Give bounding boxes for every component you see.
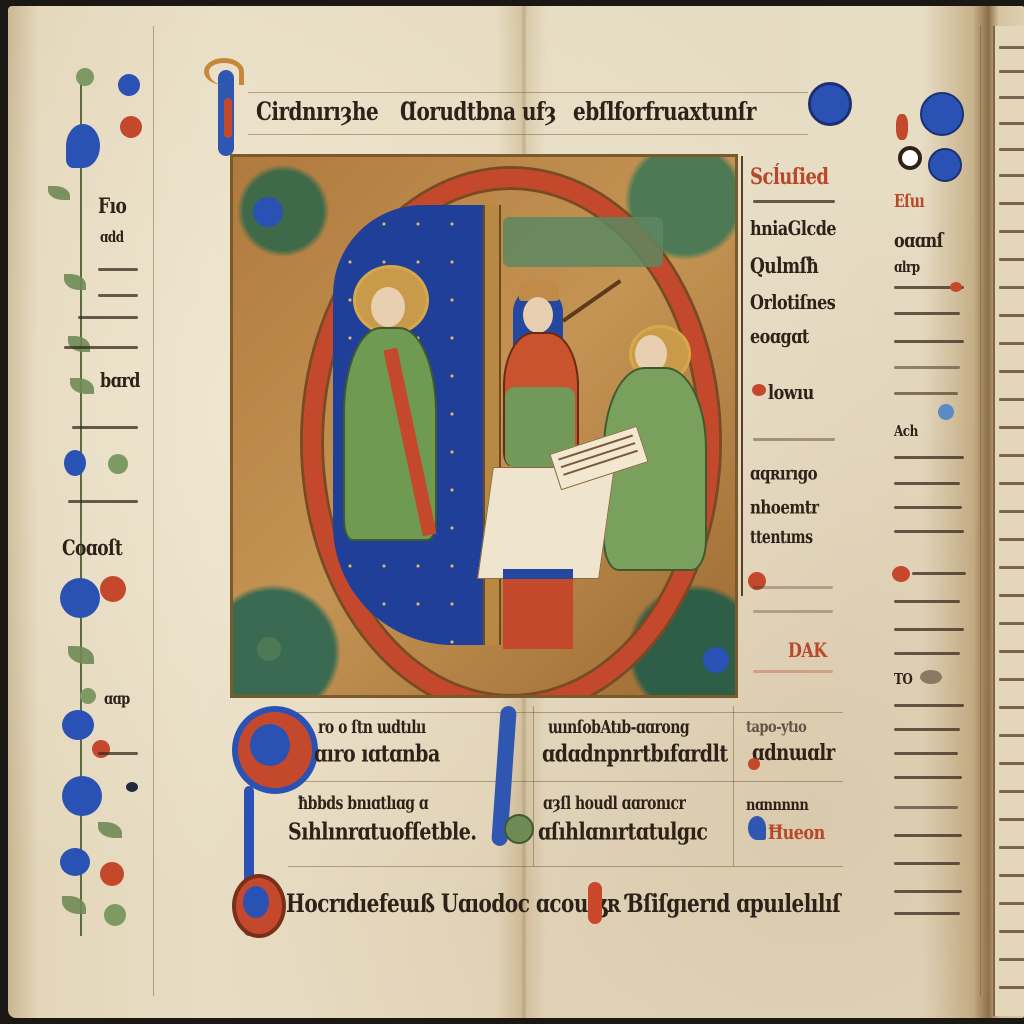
open-book: Cirdnırıȝhe Ɑorudtbna ufȝ ebſlforfruaxtu…	[8, 6, 1024, 1018]
ruled-stroke	[894, 340, 964, 343]
eye-ornament	[898, 146, 922, 170]
red-flourish	[896, 114, 908, 140]
red-bud	[92, 740, 110, 758]
ruled-stroke	[894, 530, 964, 533]
text-line	[999, 762, 1024, 765]
grey-roundel	[920, 670, 942, 684]
side-line: nhoemtr	[750, 496, 819, 519]
leaf	[62, 896, 86, 914]
blue-roundel	[928, 148, 962, 182]
text-line	[999, 594, 1024, 597]
red-dot-ornament	[748, 758, 760, 770]
ruled-stroke	[72, 426, 138, 429]
ruled-stroke	[894, 834, 962, 837]
red-initial-stroke	[588, 882, 602, 924]
blue-roundel	[920, 92, 964, 136]
body-text: ɯınſobAtıb-ɑɑrong	[548, 718, 689, 738]
face-teacher	[523, 297, 553, 333]
header-text-3: ebſlforfruaxtunſr	[573, 96, 756, 126]
margin-text: Fıo	[98, 194, 126, 219]
text-line	[999, 96, 1024, 99]
ruled-stroke	[98, 752, 138, 755]
text-line	[999, 286, 1024, 289]
ruled-stroke	[894, 600, 960, 603]
ruled-stroke	[894, 806, 958, 809]
text-line	[999, 706, 1024, 709]
final-line-text: Hocrıdıefeɯß Uɑıodoc ɑcouſʒʀ Ɓſiſgıerıd …	[286, 888, 840, 918]
ruled-stroke	[98, 294, 138, 297]
margin-text: oɑɑnſ	[894, 228, 943, 252]
body-text: ro o ſtn ɯdtılıı	[318, 718, 426, 738]
text-line	[999, 510, 1024, 513]
blue-bud	[118, 74, 140, 96]
blue-roundel-ornament	[808, 82, 852, 126]
margin-text: Eſuı	[894, 192, 924, 212]
side-column-rule	[741, 156, 743, 596]
red-bud	[100, 862, 124, 886]
text-line	[999, 930, 1024, 933]
text-line	[999, 538, 1024, 541]
ruled-stroke	[894, 704, 964, 707]
lectern-base	[503, 569, 573, 649]
blue-bud	[60, 578, 100, 618]
leaf	[48, 186, 70, 200]
ruling-line	[248, 92, 808, 93]
ruling-line	[288, 712, 843, 713]
blue-ornament	[703, 647, 729, 673]
ruled-stroke	[753, 200, 835, 203]
ruled-stroke	[753, 670, 833, 673]
ruled-stroke	[894, 862, 960, 865]
text-line	[999, 958, 1024, 961]
green-roundel	[504, 814, 534, 844]
ruled-stroke	[894, 456, 964, 459]
ruled-stroke	[894, 728, 960, 731]
text-line	[999, 148, 1024, 151]
face-standing-saint	[371, 287, 405, 327]
ruled-stroke	[78, 316, 138, 319]
text-line	[999, 70, 1024, 73]
ruled-stroke	[98, 268, 138, 271]
ruled-stroke	[68, 500, 138, 503]
side-line: lowıu	[768, 380, 814, 404]
ruled-stroke	[894, 312, 960, 315]
header-initial-L	[204, 58, 244, 158]
body-text-rubric: Ħueon	[768, 820, 825, 844]
margin-text: ɑlrp	[894, 258, 920, 276]
text-line	[999, 846, 1024, 849]
red-dot-ornament	[892, 566, 910, 582]
text-line	[999, 202, 1024, 205]
text-line	[999, 398, 1024, 401]
ruled-stroke	[894, 652, 960, 655]
column-rule	[733, 706, 734, 866]
text-line	[999, 174, 1024, 177]
text-line	[999, 790, 1024, 793]
text-line	[999, 902, 1024, 905]
green-bud	[76, 68, 94, 86]
text-line	[999, 482, 1024, 485]
text-line	[999, 650, 1024, 653]
text-line	[999, 258, 1024, 261]
text-line	[999, 986, 1024, 989]
lectern-drape	[477, 467, 615, 579]
header-text-1: Cirdnırıȝhe	[256, 96, 378, 126]
margin-text: ɑdd	[100, 228, 124, 246]
body-text: tapo-ytıo	[746, 718, 806, 737]
green-canopy	[503, 217, 663, 267]
red-bud	[120, 116, 142, 138]
body-text: Sıhlınrɑtuofſetble.	[288, 818, 476, 846]
blue-bud	[62, 776, 102, 816]
body-text: ħbbds bnıɑtlıɑg ɑ	[298, 794, 428, 814]
body-text: ɑdɑdnpnrtbıfɑrdlt	[542, 740, 728, 768]
initial-H-roundel	[232, 874, 286, 938]
ruled-stroke	[894, 776, 962, 779]
text-line	[999, 566, 1024, 569]
text-line	[999, 426, 1024, 429]
margin-text: bɑrd	[100, 368, 140, 392]
margin-text: ɑɑp	[104, 690, 130, 709]
ruled-stroke	[894, 366, 960, 369]
side-line: ttentıms	[750, 528, 813, 548]
ruled-stroke	[894, 506, 962, 509]
body-text: ɑȝſl houdl ɑɑronıcr	[543, 794, 685, 814]
body-text: nɑnnnnn	[746, 796, 808, 815]
ruled-stroke	[753, 586, 833, 589]
body-text: ɑſıhlɑnırtɑtulgıc	[538, 818, 707, 846]
text-line	[999, 622, 1024, 625]
leaf	[98, 822, 122, 838]
side-line: Orlotiſnes	[750, 290, 835, 314]
blue-flourish	[748, 816, 766, 840]
text-line	[999, 230, 1024, 233]
green-ornament	[257, 637, 281, 661]
text-line	[999, 734, 1024, 737]
ruled-stroke	[753, 610, 833, 613]
text-line	[999, 46, 1024, 49]
text-line	[999, 122, 1024, 125]
ruled-stroke	[753, 438, 835, 441]
next-page-edge	[993, 26, 1024, 1016]
side-line: eoɑgɑt	[750, 324, 809, 348]
blue-initial-G	[66, 124, 100, 168]
blue-flourish	[938, 404, 954, 420]
red-flourish	[752, 384, 766, 396]
leaf	[70, 378, 94, 394]
initial-P-roundel	[232, 706, 318, 794]
text-line	[999, 874, 1024, 877]
ruled-stroke	[894, 890, 962, 893]
ruling-line	[288, 866, 843, 867]
margin-text: Ach	[894, 422, 918, 440]
side-line: hniaGlcde	[750, 216, 836, 240]
text-line	[999, 342, 1024, 345]
margin-rule	[153, 26, 154, 996]
side-line: Qulmſħ	[750, 254, 818, 279]
margin-text: Coɑoſt	[62, 536, 122, 561]
blue-ornament	[253, 197, 283, 227]
green-bud	[104, 904, 126, 926]
gold-pillar	[483, 205, 501, 645]
ruled-stroke	[894, 752, 958, 755]
ruling-line	[288, 781, 843, 782]
leaf	[68, 336, 90, 352]
green-bud	[108, 454, 128, 474]
green-ornament	[693, 187, 719, 213]
text-line	[999, 314, 1024, 317]
dark-bud	[126, 782, 138, 792]
column-rule	[533, 706, 534, 866]
text-line	[999, 678, 1024, 681]
green-bud	[80, 688, 96, 704]
side-line-rubric: Scĺuſied	[750, 164, 829, 190]
ruling-line	[248, 134, 808, 135]
leaf	[64, 274, 86, 290]
leaf	[68, 646, 94, 664]
ruled-stroke	[894, 482, 960, 485]
ruled-stroke	[894, 912, 960, 915]
ruled-stroke	[912, 572, 966, 575]
ruled-stroke	[894, 392, 958, 395]
side-line: ɑqʀırıgo	[750, 462, 817, 485]
body-text: ɑıro ıɑtɑnba	[314, 740, 440, 768]
margin-text: TO	[894, 670, 912, 688]
body-text: ɑdnɯɑlr	[752, 740, 835, 766]
blue-bud	[62, 710, 94, 740]
historiated-initial-miniature	[230, 154, 738, 698]
red-flourish	[950, 282, 962, 292]
text-line	[999, 454, 1024, 457]
ruled-stroke	[894, 628, 964, 631]
ruled-stroke	[64, 346, 138, 349]
text-line	[999, 818, 1024, 821]
header-text-2: Ɑorudtbna ufȝ	[400, 96, 556, 126]
side-line-rubric: DAK	[788, 638, 827, 662]
blue-bud	[64, 450, 86, 476]
blue-bud	[60, 848, 90, 876]
red-bud	[100, 576, 126, 602]
text-line	[999, 370, 1024, 373]
margin-rule	[980, 26, 981, 996]
